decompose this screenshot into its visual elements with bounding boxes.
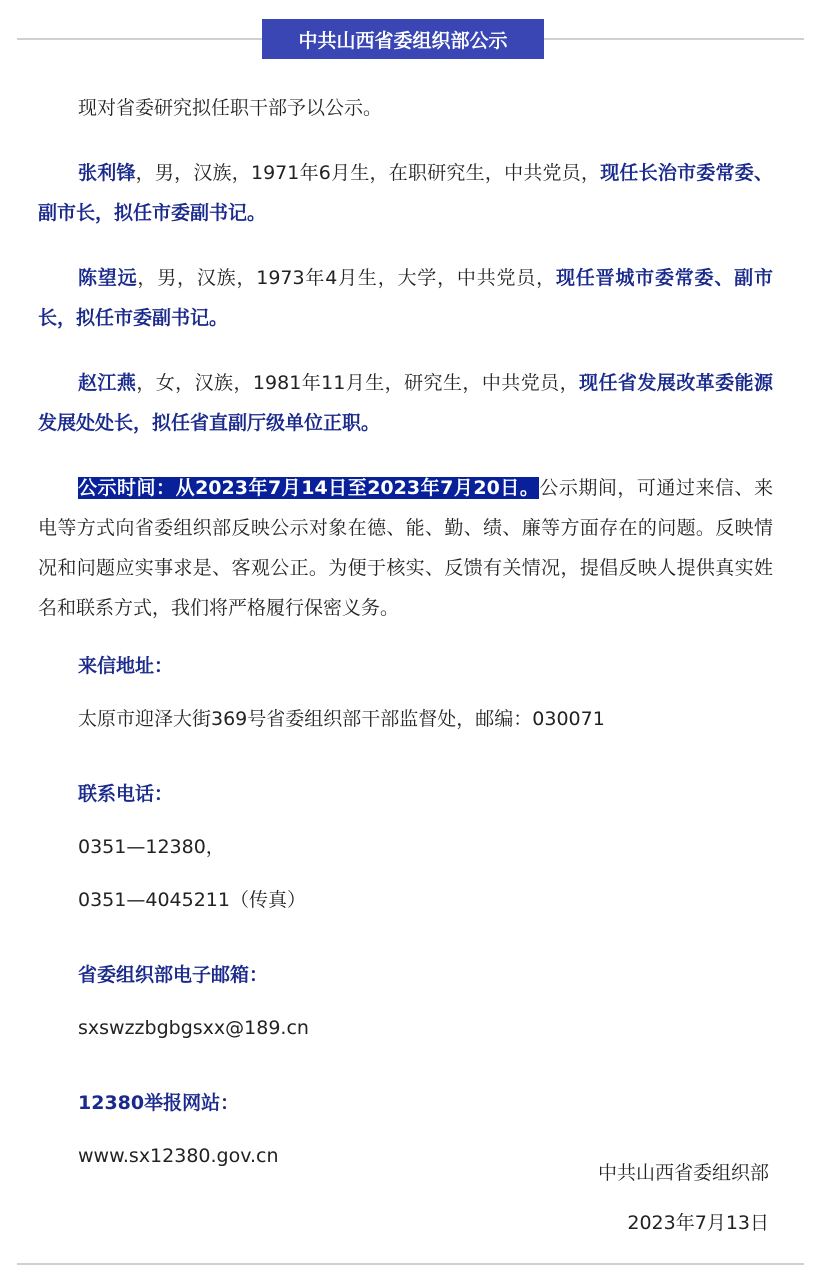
- candidate-details: ，男，汉族，1973年4月生，大学，中共党员，: [137, 267, 556, 289]
- candidate-paragraph: 陈望远，男，汉族，1973年4月生，大学，中共党员，现任晋城市委常委、副市长，拟…: [38, 258, 773, 338]
- bottom-divider: [17, 1263, 804, 1265]
- phone-label: 联系电话：: [78, 774, 773, 814]
- signature-date: 2023年7月13日: [627, 1208, 769, 1235]
- candidate-details: ，男，汉族，1971年6月生，在职研究生，中共党员，: [136, 162, 601, 184]
- candidate-paragraph: 张利锋，男，汉族，1971年6月生，在职研究生，中共党员，现任长治市委常委、副市…: [38, 153, 773, 233]
- email-label: 省委组织部电子邮箱：: [78, 955, 773, 995]
- candidate-details: ，女，汉族，1981年11月生，研究生，中共党员，: [136, 372, 579, 394]
- candidate-paragraph: 赵江燕，女，汉族，1981年11月生，研究生，中共党员，现任省发展改革委能源发展…: [38, 363, 773, 443]
- fax-value: 0351—4045211（传真）: [78, 880, 773, 920]
- address-label: 来信地址：: [78, 646, 773, 686]
- website-label: 12380举报网站：: [78, 1083, 773, 1123]
- notice-paragraph: 公示时间：从2023年7月14日至2023年7月20日。公示期间，可通过来信、来…: [38, 468, 773, 628]
- candidate-name: 陈望远: [78, 267, 137, 289]
- intro-paragraph: 现对省委研究拟任职干部予以公示。: [38, 88, 773, 128]
- document-body: 现对省委研究拟任职干部予以公示。 张利锋，男，汉族，1971年6月生，在职研究生…: [38, 88, 773, 1176]
- phone-value: 0351—12380，: [78, 827, 773, 867]
- signature-org: 中共山西省委组织部: [598, 1158, 769, 1185]
- candidate-name: 张利锋: [78, 162, 136, 184]
- contact-section: 来信地址： 太原市迎泽大街369号省委组织部干部监督处，邮编：030071 联系…: [38, 646, 773, 1176]
- address-value: 太原市迎泽大街369号省委组织部干部监督处，邮编：030071: [78, 699, 773, 739]
- page-title: 中共山西省委组织部公示: [262, 19, 544, 59]
- selected-period-text[interactable]: 公示时间：从2023年7月14日至2023年7月20日。: [78, 477, 539, 499]
- email-value[interactable]: sxswzzbgbgsxx@189.cn: [78, 1008, 773, 1048]
- candidate-name: 赵江燕: [78, 372, 136, 394]
